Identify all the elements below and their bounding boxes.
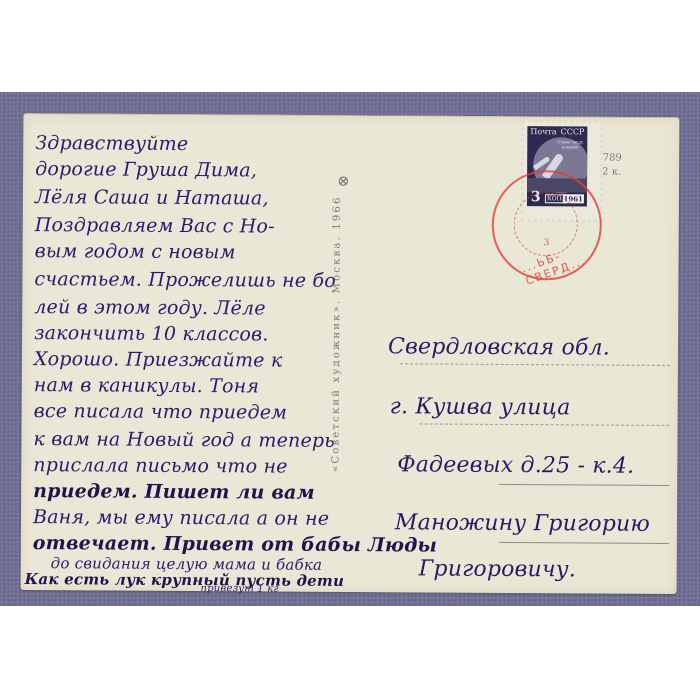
message-line: закончить 10 классов. [34, 322, 269, 345]
cx-monogram-icon: ⊗ [337, 172, 355, 190]
message-line: дорогие Груша Дима, [35, 158, 257, 181]
address-guideline [499, 484, 669, 486]
message-line: Лёля Саша и Наташа, [35, 186, 269, 209]
message-line: приедем. Пишет ли вам [33, 480, 315, 504]
message-line: Поздравляем Вас с Но- [35, 214, 275, 237]
postcard: Здравствуйте дорогие Груша Дима, Лёля Са… [21, 113, 680, 594]
address-guideline [499, 542, 669, 544]
publisher-imprint: «Советский художник». Москва. 1966 [329, 196, 343, 636]
address-line-city: г. Кушва улица [390, 394, 571, 420]
message-line: прислала письмо что не [33, 454, 287, 478]
stamp-header-right: СССР [561, 127, 585, 136]
address-line-recipient-name: Маножину Григорию [395, 510, 650, 537]
stamp-motto: Слава труду и науке [557, 139, 583, 149]
message-line: к вам на Новый год а теперь [33, 428, 335, 452]
message-line: Здравствуйте [35, 132, 188, 155]
message-line: счастьем. Прожелишь не бо [34, 268, 336, 292]
message-line: все писала что приедем [34, 400, 288, 424]
stamp-header-left: Почта [530, 127, 556, 136]
message-line: Хорошо. Приезжайте к [34, 348, 283, 372]
message-line: вым годом с новым [35, 240, 236, 263]
postmark-stamp: 3 ...ЬБ-СВЕРД... [491, 170, 602, 281]
address-guideline [400, 363, 670, 366]
address-line-street: Фадеевых д.25 - к.4. [397, 452, 634, 478]
message-line: Как есть лук крупный пусть дети [25, 570, 345, 590]
postmark-number: 3 [544, 238, 550, 248]
message-line: Ваня, мы ему писала а он не [33, 506, 329, 530]
message-line: привезут 1 кг [201, 583, 279, 594]
address-guideline [420, 423, 670, 426]
message-line: отвечает. Привет от бабы Люды [33, 532, 437, 556]
address-line-recipient-patronymic: Григоровичу. [419, 556, 576, 582]
address-line-region: Свердловская обл. [388, 334, 610, 360]
message-line: лей в этом году. Лёле [34, 296, 266, 319]
message-line: нам в каникулы. Тоня [34, 374, 260, 397]
